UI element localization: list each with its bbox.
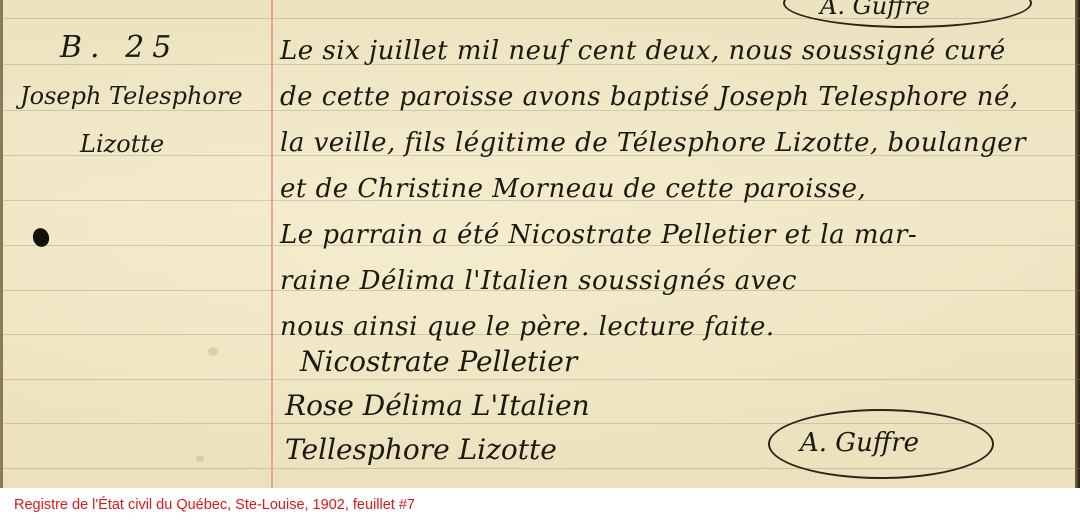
body-line: Le six juillet mil neuf cent deux, nous … (280, 36, 1006, 66)
priest-signature-bottom: A. Guffre (800, 428, 919, 458)
body-line: nous ainsi que le père. lecture faite. (280, 312, 775, 342)
paper-stain (196, 455, 204, 462)
register-page-scan: B. 25 Joseph Telesphore Lizotte A. Guffr… (0, 0, 1080, 488)
body-line: raine Délima l'Italien soussignés avec (280, 266, 797, 296)
page-binding-edge (0, 0, 3, 488)
baptized-surname: Lizotte (80, 130, 164, 158)
source-caption: Registre de l'État civil du Québec, Ste-… (14, 497, 415, 513)
ruled-line (0, 379, 1080, 380)
father-signature: Tellesphore Lizotte (285, 433, 557, 466)
godmother-signature: Rose Délima L'Italien (285, 389, 590, 422)
body-line: de cette paroisse avons baptisé Joseph T… (280, 82, 1019, 112)
priest-signature-top: A. Guffre (820, 0, 930, 20)
page-right-edge (1075, 0, 1080, 488)
body-line: et de Christine Morneau de cette paroiss… (280, 174, 866, 204)
red-margin-line (271, 0, 273, 488)
body-line: Le parrain a été Nicostrate Pelletier et… (280, 220, 917, 250)
entry-number: B. 25 (60, 30, 179, 65)
baptized-given-names: Joseph Telesphore (20, 82, 243, 110)
paper-stain (208, 347, 218, 356)
body-line: la veille, fils légitime de Télesphore L… (280, 128, 1026, 158)
godfather-signature: Nicostrate Pelletier (300, 345, 577, 378)
